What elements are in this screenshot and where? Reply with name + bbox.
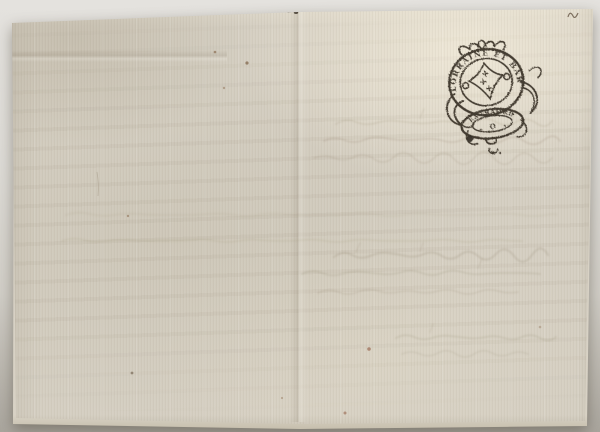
ink-specks-top-edge [285, 9, 299, 14]
stamp-tail-flourish [486, 137, 501, 156]
pen-mark-top-right [568, 13, 578, 17]
document-stack: LORRAINE ET BAR [0, 0, 600, 432]
stamp-side-scrolls [443, 67, 549, 147]
hairline-scratch [97, 172, 98, 196]
stamp-center-letter: O [489, 122, 496, 132]
photo-of-manuscript: LORRAINE ET BAR [0, 0, 600, 432]
paper-sheet: LORRAINE ET BAR [0, 0, 600, 432]
crowned-cartouche-revenue-stamp-icon: LORRAINE ET BAR [434, 24, 564, 160]
